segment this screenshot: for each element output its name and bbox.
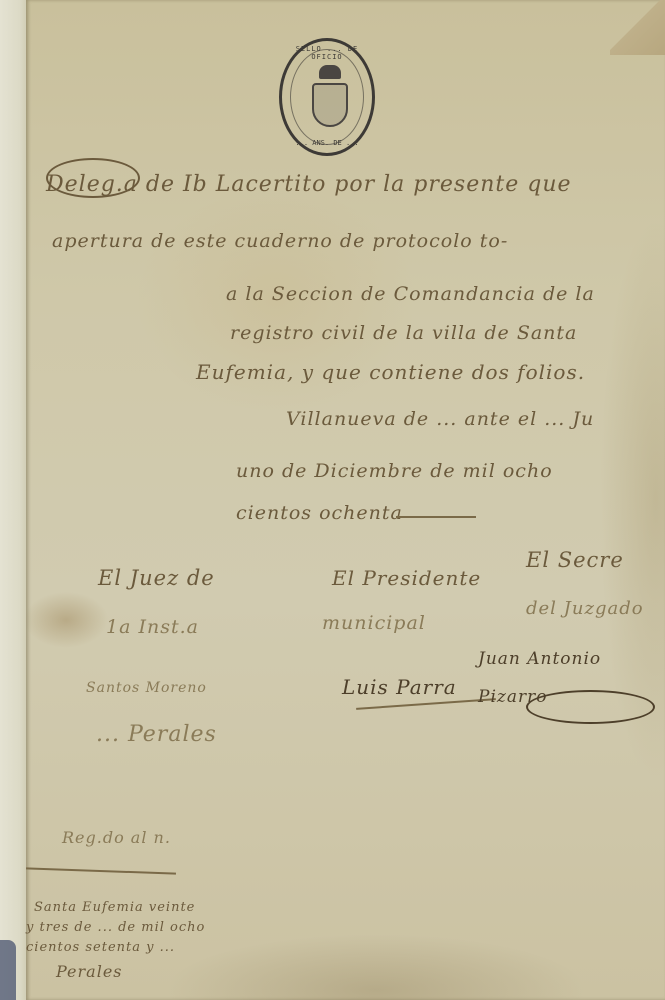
signature-title-president: El Presidente [332, 566, 481, 590]
signature-title-secretary: El Secre [526, 548, 624, 572]
body-line-8: cientos ochenta [236, 502, 403, 524]
footer-signature: Perales [56, 962, 123, 981]
seal-ring-text-top: SELLO ... DE OFICIO [282, 45, 372, 61]
document-page: SELLO ... DE OFICIO ... ANS. DE ... Dele… [26, 0, 665, 1000]
closing-rule [396, 516, 476, 518]
body-line-7: uno de Diciembre de mil ocho [236, 460, 553, 482]
shield-icon [312, 83, 348, 127]
initial-flourish [46, 158, 140, 198]
signature-flourish-secretary [526, 690, 655, 724]
signature-name-judge: ... Perales [96, 722, 217, 747]
footer-line-2: y tres de ... de mil ocho [26, 920, 205, 935]
crown-icon [319, 65, 341, 79]
signature-subtitle-secretary: del Juzgado [526, 598, 644, 619]
body-line-3: a la Seccion de Comandancia de la [226, 283, 595, 305]
blue-fabric-edge [0, 940, 16, 1000]
book-spine-edge [0, 0, 28, 1000]
left-marginal-note: Santos Moreno [86, 680, 207, 696]
body-line-5: Eufemia, y que contiene dos folios. [196, 360, 585, 384]
footer-line-3: cientos setenta y ... [26, 940, 175, 955]
footer-rule [26, 867, 176, 874]
folded-corner [610, 0, 665, 55]
footer-registration: Reg.do al n. [62, 828, 171, 847]
footer-line-1: Santa Eufemia veinte [34, 900, 195, 915]
signature-name-president: Luis Parra [342, 675, 457, 699]
signature-underline-president [356, 698, 496, 710]
signature-subtitle-judge: 1a Inst.a [106, 616, 199, 638]
body-line-4: registro civil de la villa de Santa [230, 322, 577, 344]
seal-ring-text-bottom: ... ANS. DE ... [282, 139, 372, 147]
official-seal: SELLO ... DE OFICIO ... ANS. DE ... [279, 38, 375, 156]
body-line-2: apertura de este cuaderno de protocolo t… [52, 230, 508, 252]
body-line-6: Villanueva de ... ante el ... Ju [286, 408, 594, 430]
signature-title-judge: El Juez de [98, 566, 215, 590]
signature-subtitle-president: municipal [322, 612, 426, 634]
